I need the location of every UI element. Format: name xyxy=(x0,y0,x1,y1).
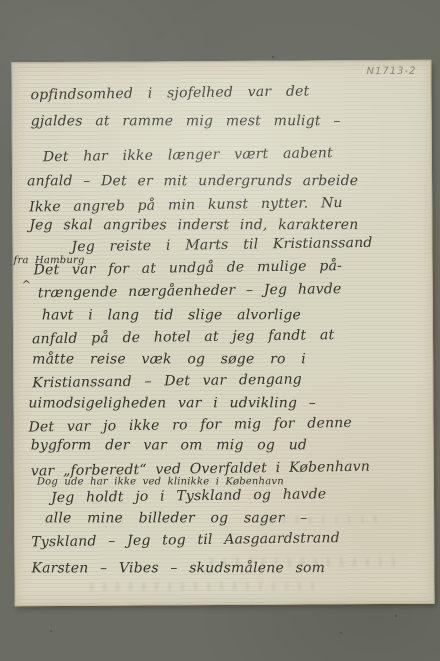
handwritten-line: Kristianssand – Det var dengang xyxy=(32,372,302,390)
handwritten-line: gjaldes at ramme mig mest muligt – xyxy=(31,114,341,128)
handwritten-line: Jeg skal angribes inderst ind, karaktere… xyxy=(29,218,358,232)
handwritten-text-block: opfindsomhed i sjofelhed var detgjaldes … xyxy=(12,61,433,606)
handwritten-line: Det var for at undgå de mulige på- xyxy=(34,259,343,277)
dust-speck xyxy=(340,632,342,634)
handwritten-line: havt i lang tid slige alvorlige xyxy=(42,308,301,322)
insertion-caret: ^ xyxy=(22,279,31,290)
handwritten-line: måtte reise væk og søge ro i xyxy=(32,352,306,366)
handwritten-line: anfald – Det er mit undergrunds arbeide xyxy=(27,174,358,188)
handwritten-line: Det har ikke længer vært aabent xyxy=(43,146,333,164)
handwritten-line: alle mine billeder og sager – xyxy=(45,511,307,525)
handwritten-line: Ikke angreb på min kunst nytter. Nu xyxy=(29,196,343,214)
handwritten-line: Jeg holdt jo i Tyskland og havde xyxy=(51,487,327,505)
handwritten-line: Det var jo ikke ro for mig for denne xyxy=(28,416,352,435)
handwritten-line: trængende nærgåenheder – Jeg havde xyxy=(38,282,342,300)
handwritten-line: uimodsigeligheden var i udvikling – xyxy=(28,396,316,410)
insertion-between-lines: Dog ude har ikke ved klinikke i Københav… xyxy=(37,477,284,487)
dust-speck xyxy=(50,630,52,632)
handwritten-line: bygform der var om mig og ud xyxy=(31,438,307,452)
handwritten-line: Tyskland – Jeg tog til Aasgaardstrand xyxy=(31,531,340,549)
photo-background: N1713-2 opfindsomhed i sjofelhed var det… xyxy=(0,0,440,661)
handwritten-line: Karsten – Vibes – skudsmålene som xyxy=(31,561,325,575)
letter-page: N1713-2 opfindsomhed i sjofelhed var det… xyxy=(11,60,434,607)
handwritten-line: Jeg reiste i Marts til Kristianssand xyxy=(71,236,372,254)
handwritten-line: opfindsomhed i sjofelhed var det xyxy=(30,84,309,102)
dust-speck xyxy=(395,615,397,617)
dust-speck xyxy=(272,56,274,58)
handwritten-line: anfald på de hotel at jeg fandt at xyxy=(32,328,335,346)
